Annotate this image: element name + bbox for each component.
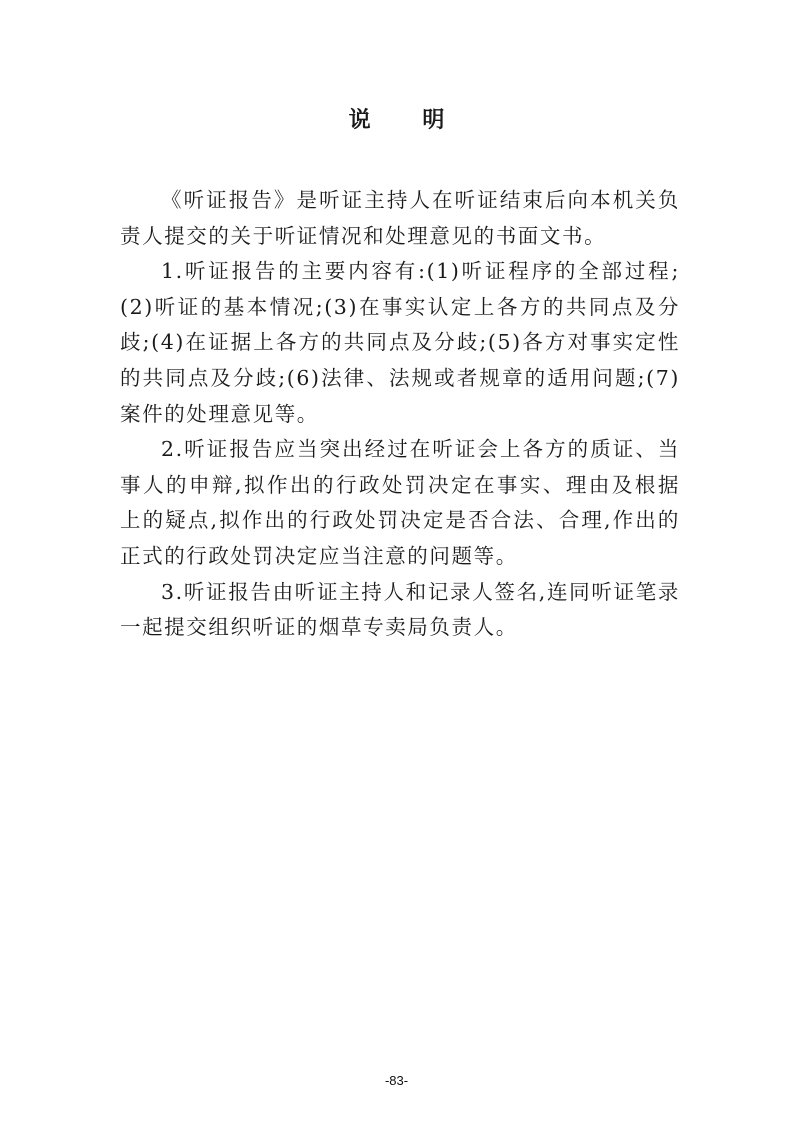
intro-paragraph: 《听证报告》是听证主持人在听证结束后向本机关负责人提交的关于听证情况和处理意见的… [120,183,680,254]
item-2-paragraph: 2.听证报告应当突出经过在听证会上各方的质证、当事人的申辩,拟作出的行政处罚决定… [120,432,680,574]
page-title: 说 明 [0,103,793,134]
item-1-paragraph: 1.听证报告的主要内容有:(1)听证程序的全部过程;(2)听证的基本情况;(3)… [120,254,680,432]
page-number: -83- [0,1073,793,1088]
item-3-paragraph: 3.听证报告由听证主持人和记录人签名,连同听证笔录一起提交组织听证的烟草专卖局负… [120,575,680,646]
document-body: 《听证报告》是听证主持人在听证结束后向本机关负责人提交的关于听证情况和处理意见的… [120,183,680,646]
